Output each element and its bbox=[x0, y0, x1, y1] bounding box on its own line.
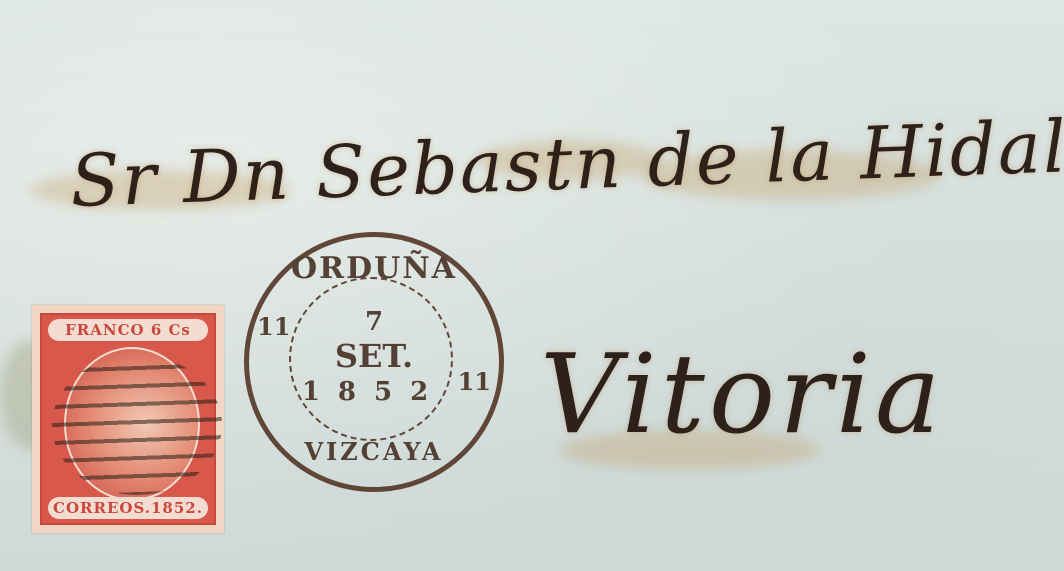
stamp-issue-label: CORREOS.1852. bbox=[48, 497, 208, 519]
cancellation-bars bbox=[52, 355, 222, 495]
postmark-province: VIZCAYA bbox=[249, 437, 499, 466]
address-line-recipient: Sr Dn Sebastn de la Hidalga bbox=[69, 101, 1064, 223]
postage-stamp: FRANCO 6 Cs CORREOS.1852. bbox=[32, 305, 224, 533]
envelope: Sr Dn Sebastn de la Hidalga Vitoria FRAN… bbox=[0, 0, 1064, 571]
postmark-side-right: 11 bbox=[458, 367, 491, 396]
postmark-side-left: 11 bbox=[257, 312, 290, 341]
postmark-town: ORDUÑA bbox=[249, 251, 499, 286]
stamp-value-label: FRANCO 6 Cs bbox=[48, 319, 208, 341]
address-line-city: Vitoria bbox=[540, 330, 944, 458]
postmark: ORDUÑA 7 SET. 1852 VIZCAYA 11 11 bbox=[244, 232, 504, 492]
stamp-frame: FRANCO 6 Cs CORREOS.1852. bbox=[40, 313, 216, 525]
